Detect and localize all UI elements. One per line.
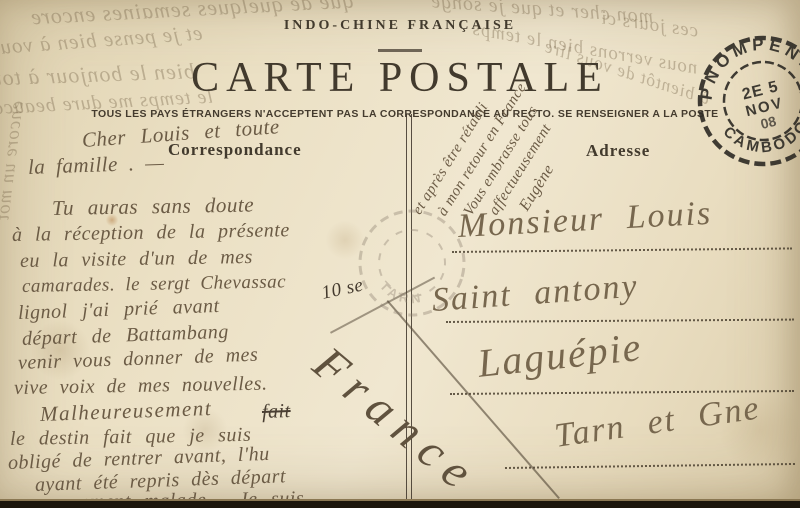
message-line: eu la visite d'un de mes (20, 246, 253, 273)
message-line: Tu auras sans doute (52, 192, 255, 221)
card-title: CARTE POSTALE (0, 54, 800, 102)
card-header: INDO-CHINE FRANÇAISE (0, 18, 800, 34)
address-country: France (303, 336, 490, 500)
address-line-rule (505, 463, 795, 469)
postmark-stamp: PNOMPENH CAMBODGE 2E 5 NOV 08 (688, 28, 800, 174)
arrival-postmark-stamp: TARN (352, 203, 472, 323)
address-department: Tarn et Gne (552, 389, 762, 455)
header-rule (378, 49, 422, 52)
address-line-rule (446, 319, 794, 323)
struck-word: fait (262, 400, 291, 424)
address-town: Laguépie (476, 323, 645, 387)
message-line: Malheureusement (40, 396, 213, 427)
message-line: lignol j'ai prié avant (18, 295, 220, 325)
bleedthrough-script: encore un mot (0, 100, 29, 223)
message-line: à la réception de la présente (12, 219, 290, 247)
postmark-date-year: 08 (759, 113, 778, 132)
scan-edge-border (0, 499, 800, 508)
address-label: Adresse (586, 141, 650, 161)
message-line: vive voix de mes nouvelles. (14, 373, 268, 400)
message-line: la famille . — (28, 150, 165, 180)
recto-notice: TOUS LES PAYS ÉTRANGERS N'ACCEPTENT PAS … (45, 108, 765, 120)
message-line: camarades. le sergt Chevassac (22, 271, 286, 298)
scanned-postcard: que de quelques semaines encore mon cher… (0, 0, 800, 508)
postcard-back: que de quelques semaines encore mon cher… (0, 0, 800, 500)
